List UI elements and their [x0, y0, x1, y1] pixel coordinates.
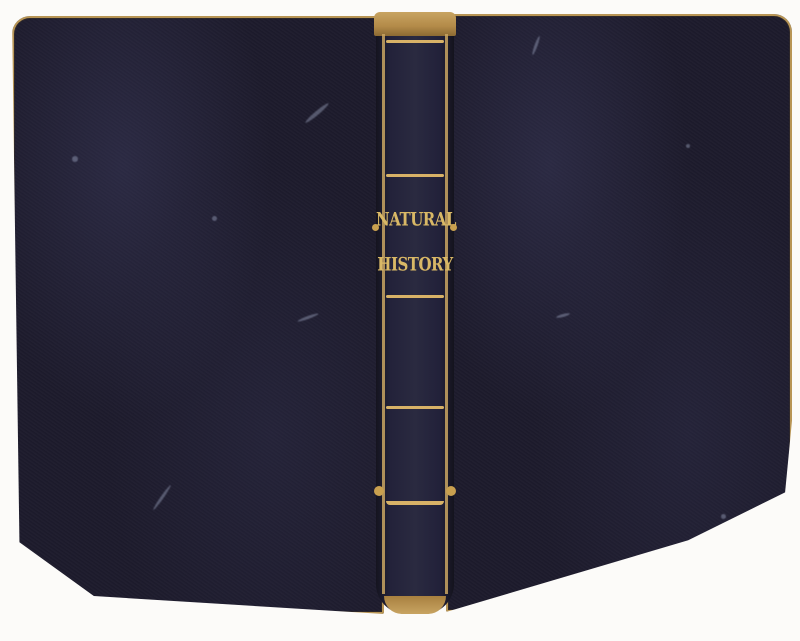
front-cover: [446, 14, 792, 612]
gilt-wear-mark: [450, 224, 457, 231]
photo-scene: NATURAL HISTORY: [0, 0, 800, 641]
spine-headcap: [374, 12, 456, 36]
gilt-wear-mark: [446, 486, 456, 496]
spine-band: [386, 174, 444, 177]
scuff-mark: [721, 514, 726, 519]
spine-tailcap: [384, 596, 446, 614]
spine-hinge-right: [445, 34, 448, 594]
scuff-mark: [297, 312, 319, 322]
spine-band: [386, 295, 444, 298]
scuff-mark: [531, 36, 541, 56]
spine-band: [386, 40, 444, 43]
spine-band: [386, 501, 444, 505]
scuff-mark: [152, 484, 172, 510]
spine-title-line-1: NATURAL: [376, 208, 454, 231]
scuff-mark: [72, 156, 78, 162]
spine-hinge-left: [382, 34, 385, 594]
spine-band: [386, 406, 444, 409]
back-cover: [12, 16, 384, 614]
spine-title-line-2: HISTORY: [376, 253, 454, 276]
gilt-wear-mark: [372, 224, 379, 231]
gilt-wear-mark: [374, 486, 384, 496]
scuff-mark: [686, 144, 690, 148]
book-spine: NATURAL HISTORY: [376, 14, 454, 614]
scuff-mark: [556, 312, 570, 319]
scuff-mark: [212, 216, 217, 221]
scuff-mark: [304, 102, 330, 124]
